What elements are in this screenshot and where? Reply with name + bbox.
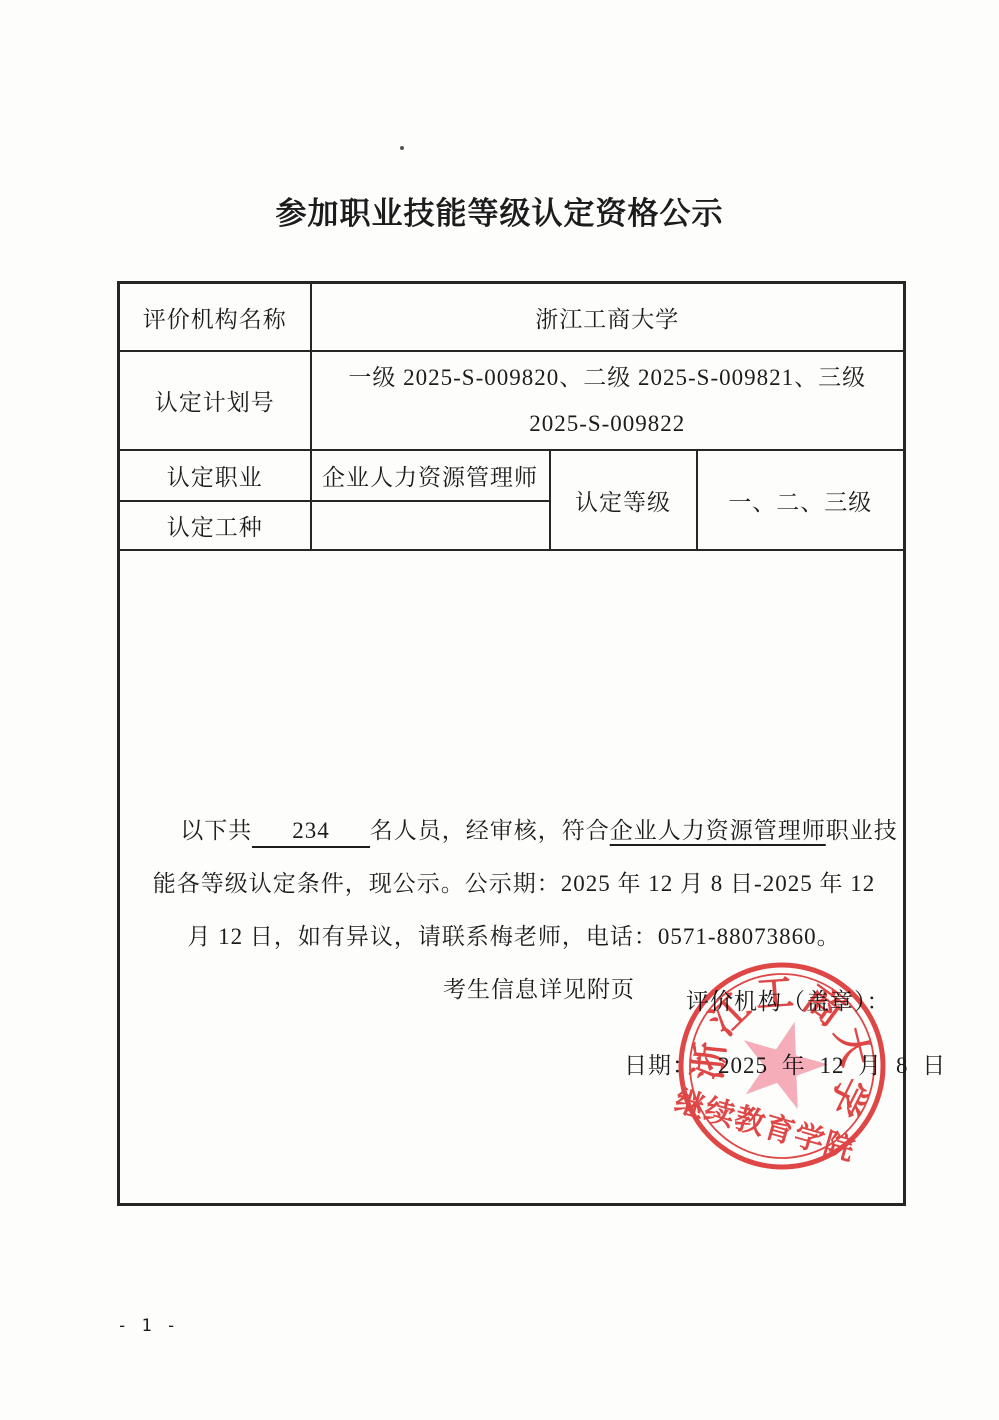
page-title: 参加职业技能等级认定资格公示 (0, 188, 999, 233)
scan-artifact-dot (400, 146, 404, 150)
notice-line1-mid: 名人员，经审核，符合 (370, 818, 610, 843)
worktype-label-cell: 认定工种 (119, 501, 311, 550)
notice-line1-suffix: 职业技 (826, 818, 898, 843)
notice-line1-prefix: 以下共 (180, 818, 252, 843)
level-value-cell: 一、二、三级 (697, 450, 905, 550)
occupation-underlined: 企业人力资源管理师 (610, 818, 826, 843)
occupation-label-cell: 认定职业 (119, 450, 311, 501)
org-label-cell: 评价机构名称 (119, 283, 311, 352)
document-page: 参加职业技能等级认定资格公示 评价机构名称 浙江工商大学 认定计划号 一级 20… (0, 0, 999, 1420)
notice-line-2: 能各等级认定条件，现公示。公示期：2025 年 12 月 8 日-2025 年 … (129, 857, 899, 910)
table-row-org: 评价机构名称 浙江工商大学 (119, 283, 905, 352)
plan-label-cell: 认定计划号 (119, 351, 311, 450)
page-number: - 1 - (117, 1316, 178, 1336)
plan-value-line2: 2025-S-009822 (312, 401, 904, 447)
official-seal-stamp: 浙江工商大学 继续教育学院 (668, 946, 896, 1186)
worktype-value-cell (311, 501, 550, 550)
table-row-occupation: 认定职业 企业人力资源管理师 认定等级 一、二、三级 (119, 450, 905, 501)
plan-value-line1: 一级 2025-S-009820、二级 2025-S-009821、三级 (312, 355, 904, 401)
occupation-value-cell: 企业人力资源管理师 (311, 450, 550, 501)
level-label-cell: 认定等级 (550, 450, 697, 550)
table-row-plan: 认定计划号 一级 2025-S-009820、二级 2025-S-009821、… (119, 351, 905, 450)
applicant-count: 234 (252, 816, 370, 848)
plan-value-cell: 一级 2025-S-009820、二级 2025-S-009821、三级 202… (311, 351, 905, 450)
org-value-cell: 浙江工商大学 (311, 283, 905, 352)
notice-line-1: 以下共234名人员，经审核，符合企业人力资源管理师职业技 (129, 804, 899, 857)
